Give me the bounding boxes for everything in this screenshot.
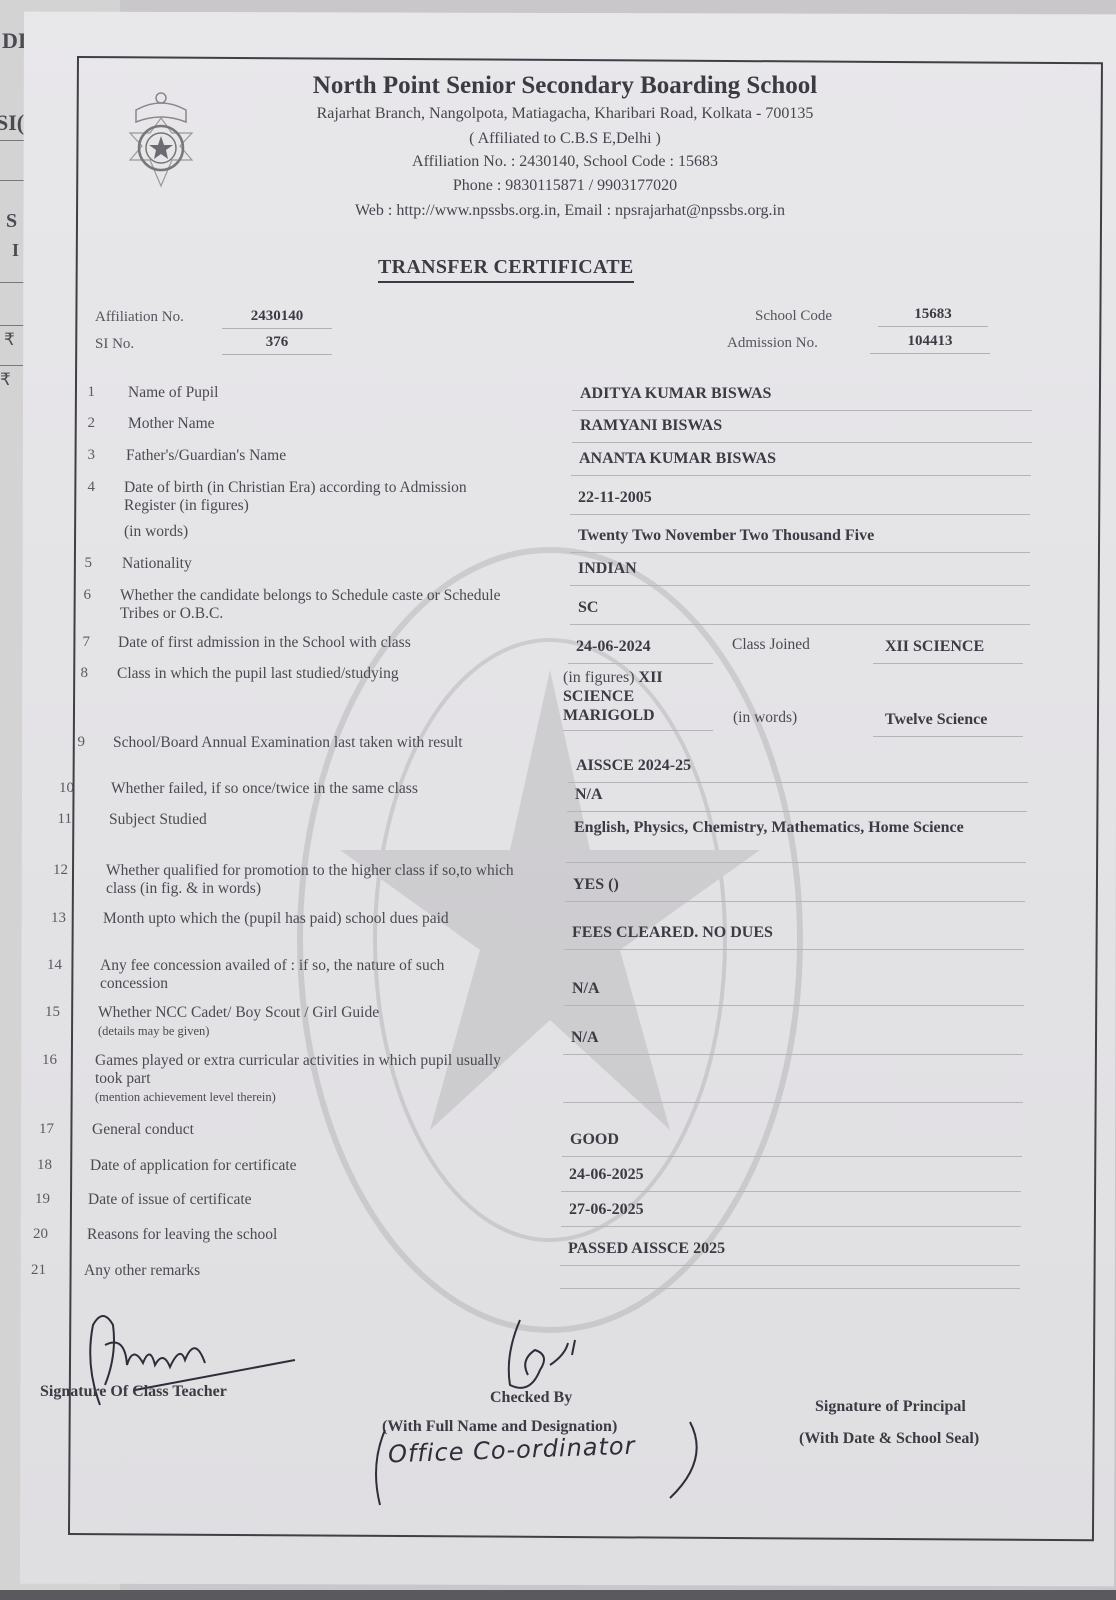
field-underline xyxy=(567,811,1027,812)
field-label-text: Nationality xyxy=(122,555,192,572)
background-fragment: I xyxy=(12,240,19,261)
affiliation-no-label: Affiliation No. xyxy=(95,309,184,326)
desk-edge xyxy=(0,1590,1116,1600)
field-value: YES () xyxy=(573,875,1013,894)
principal-signature-sublabel: (With Date & School Seal) xyxy=(799,1430,979,1448)
field-number: 4 xyxy=(73,479,95,496)
background-fragment: ₹ xyxy=(4,330,15,350)
field-underline xyxy=(564,1005,1024,1006)
field-label-text: Month upto which the (pupil has paid) sc… xyxy=(103,910,449,927)
school-code-label: School Code xyxy=(755,308,832,325)
field-number: 18 xyxy=(30,1157,52,1174)
checked-by-label: Checked By xyxy=(490,1389,572,1407)
field-underline xyxy=(570,585,1030,586)
field-label: Games played or extra curricular activit… xyxy=(95,1052,525,1106)
phone-line: Phone : 9830115871 / 9903177020 xyxy=(240,177,890,195)
field-label: Name of Pupil xyxy=(128,384,528,402)
field-label: Class in which the pupil last studied/st… xyxy=(117,665,517,683)
field-value: 27-06-2025 xyxy=(569,1200,1009,1219)
field-label-text: Date of application for certificate xyxy=(90,1157,297,1174)
field-note: (details may be given) xyxy=(98,1022,498,1040)
web-email-line: Web : http://www.npssbs.org.in, Email : … xyxy=(245,202,895,220)
field-underline xyxy=(561,1191,1021,1192)
field-underline xyxy=(570,552,1030,553)
field-label: Any fee concession availed of : if so, t… xyxy=(100,957,510,993)
field-underline xyxy=(570,514,1030,515)
field-underline xyxy=(565,901,1025,902)
background-fragment: SI( xyxy=(0,110,24,136)
field-underline xyxy=(873,663,1023,664)
field-value: GOOD xyxy=(570,1130,1010,1149)
field-label: General conduct xyxy=(92,1121,492,1139)
field-label-text: Name of Pupil xyxy=(128,384,218,401)
field-extra-value: Twelve Science xyxy=(885,710,987,729)
field-underline xyxy=(563,1102,1023,1103)
field-underline xyxy=(561,1226,1021,1227)
field-label: Subject Studied xyxy=(109,811,509,829)
field-underline xyxy=(563,1054,1023,1055)
field-number: 15 xyxy=(38,1004,60,1021)
field-value: 24-06-2025 xyxy=(569,1165,1009,1184)
school-crest-star-icon xyxy=(122,88,200,193)
field-number: 12 xyxy=(46,862,68,879)
field-label-text: Date of birth (in Christian Era) accordi… xyxy=(124,479,467,514)
field-label-text: Subject Studied xyxy=(109,811,207,828)
field-number: 2 xyxy=(73,415,95,432)
field-number: 1 xyxy=(73,384,95,401)
field-label-text: Father's/Guardian's Name xyxy=(126,447,286,464)
field-value: N/A xyxy=(575,785,1015,804)
field-value: PASSED AISSCE 2025 xyxy=(568,1239,1008,1258)
field-underline xyxy=(568,663,713,664)
field-label: Date of birth (in Christian Era) accordi… xyxy=(124,479,504,515)
field-number: 5 xyxy=(70,555,92,572)
field-label: Whether the candidate belongs to Schedul… xyxy=(120,587,540,623)
sl-no-value: 376 xyxy=(222,334,332,355)
field-value: N/A xyxy=(571,1028,1011,1047)
field-value: ANANTA KUMAR BISWAS xyxy=(579,449,1019,468)
affiliation-note: ( Affiliated to C.B.S E,Delhi ) xyxy=(240,130,890,148)
field-number: 10 xyxy=(52,780,74,797)
field-label-text: Any other remarks xyxy=(84,1262,200,1279)
field-label-text: Whether qualified for promotion to the h… xyxy=(106,862,514,897)
field-label-text: Reasons for leaving the school xyxy=(87,1226,277,1243)
field-label: Mother Name xyxy=(128,415,528,433)
field-label-text: General conduct xyxy=(92,1121,194,1138)
field-label-text: Date of issue of certificate xyxy=(88,1191,252,1208)
field-underline xyxy=(560,1288,1020,1289)
field-label-text: Games played or extra curricular activit… xyxy=(95,1052,501,1087)
field-underline xyxy=(572,410,1032,411)
field-value: FEES CLEARED. NO DUES xyxy=(572,923,1012,942)
field-label-text: Mother Name xyxy=(128,415,215,432)
field-subvalue: Twenty Two November Two Thousand Five xyxy=(578,526,1018,545)
document-title: TRANSFER CERTIFICATE xyxy=(378,256,634,283)
field-value: 22-11-2005 xyxy=(578,488,1018,507)
field-value: SC xyxy=(578,598,1018,617)
field-label-text: Whether failed, if so once/twice in the … xyxy=(111,780,418,797)
field-extra-value: XII SCIENCE xyxy=(885,637,984,656)
field-number: 7 xyxy=(68,634,90,651)
class-teacher-signature-label: Signature Of Class Teacher xyxy=(40,1383,227,1401)
affiliation-line: Affiliation No. : 2430140, School Code :… xyxy=(240,153,890,171)
field-label: Nationality xyxy=(122,555,522,573)
school-code-value: 15683 xyxy=(878,306,988,327)
field-underline xyxy=(562,1156,1022,1157)
field-underline xyxy=(568,782,1028,783)
field-sublabel: (in words) xyxy=(124,523,188,541)
background-fragment: DI xyxy=(2,28,26,54)
field-label-text: Date of first admission in the School wi… xyxy=(118,634,411,651)
field-label: Month upto which the (pupil has paid) sc… xyxy=(103,910,523,928)
field-number: 19 xyxy=(28,1191,50,1208)
field-label: Date of issue of certificate xyxy=(88,1191,488,1209)
background-fragment: S xyxy=(6,210,17,233)
field-underline xyxy=(563,730,713,731)
field-label: Whether NCC Cadet/ Boy Scout / Girl Guid… xyxy=(98,1004,498,1040)
field-label: Reasons for leaving the school xyxy=(87,1226,487,1244)
field-label-text: Whether NCC Cadet/ Boy Scout / Girl Guid… xyxy=(98,1004,379,1021)
field-value: (in figures) XII SCIENCE MARIGOLD xyxy=(563,668,693,725)
field-label: Whether failed, if so once/twice in the … xyxy=(111,780,511,798)
field-label: Whether qualified for promotion to the h… xyxy=(106,862,526,898)
principal-signature-label: Signature of Principal xyxy=(815,1398,966,1416)
field-underline xyxy=(560,1265,1020,1266)
field-number: 21 xyxy=(24,1262,46,1279)
field-label: Any other remarks xyxy=(84,1262,484,1280)
affiliation-no-value: 2430140 xyxy=(222,308,332,329)
field-label-text: Whether the candidate belongs to Schedul… xyxy=(120,587,500,622)
field-number: 8 xyxy=(66,665,88,682)
field-value: English, Physics, Chemistry, Mathematics… xyxy=(574,818,1024,837)
field-number: 17 xyxy=(32,1121,54,1138)
sl-no-label: SI No. xyxy=(95,336,134,353)
field-label-text: Class in which the pupil last studied/st… xyxy=(117,665,399,682)
field-underline xyxy=(571,475,1031,476)
field-value: N/A xyxy=(572,979,1012,998)
admission-no-label: Admission No. xyxy=(727,335,818,352)
field-label: Father's/Guardian's Name xyxy=(126,447,526,465)
field-extra-label: (in words) xyxy=(733,709,797,727)
field-number: 9 xyxy=(63,734,85,751)
field-value: INDIAN xyxy=(578,559,1018,578)
field-value-prefix: (in figures) xyxy=(563,669,635,686)
school-name: North Point Senior Secondary Boarding Sc… xyxy=(255,72,875,100)
field-number: 13 xyxy=(44,910,66,927)
field-label-text: Any fee concession availed of : if so, t… xyxy=(100,957,444,992)
field-value: ADITYA KUMAR BISWAS xyxy=(580,384,1020,403)
field-number: 16 xyxy=(35,1052,57,1069)
field-number: 6 xyxy=(69,587,91,604)
school-address: Rajarhat Branch, Nangolpota, Matiagacha,… xyxy=(240,105,890,123)
field-label: Date of first admission in the School wi… xyxy=(118,634,518,652)
field-number: 20 xyxy=(26,1226,48,1243)
field-label: Date of application for certificate xyxy=(90,1157,490,1175)
field-number: 3 xyxy=(73,447,95,464)
field-label: School/Board Annual Examination last tak… xyxy=(113,734,513,752)
field-underline xyxy=(570,624,1030,625)
field-underline xyxy=(572,442,1032,443)
field-value: AISSCE 2024-25 xyxy=(576,756,1016,775)
field-number: 14 xyxy=(40,957,62,974)
admission-no-value: 104413 xyxy=(870,333,990,354)
field-note: (mention achievement level therein) xyxy=(95,1088,525,1106)
background-fragment: ₹ xyxy=(0,370,11,390)
field-underline xyxy=(873,736,1023,737)
field-label-text: School/Board Annual Examination last tak… xyxy=(113,734,463,751)
field-underline xyxy=(566,862,1026,863)
field-value: RAMYANI BISWAS xyxy=(580,416,1020,435)
field-number: 11 xyxy=(50,811,72,828)
field-extra-label: Class Joined xyxy=(732,636,810,654)
field-underline xyxy=(564,949,1024,950)
